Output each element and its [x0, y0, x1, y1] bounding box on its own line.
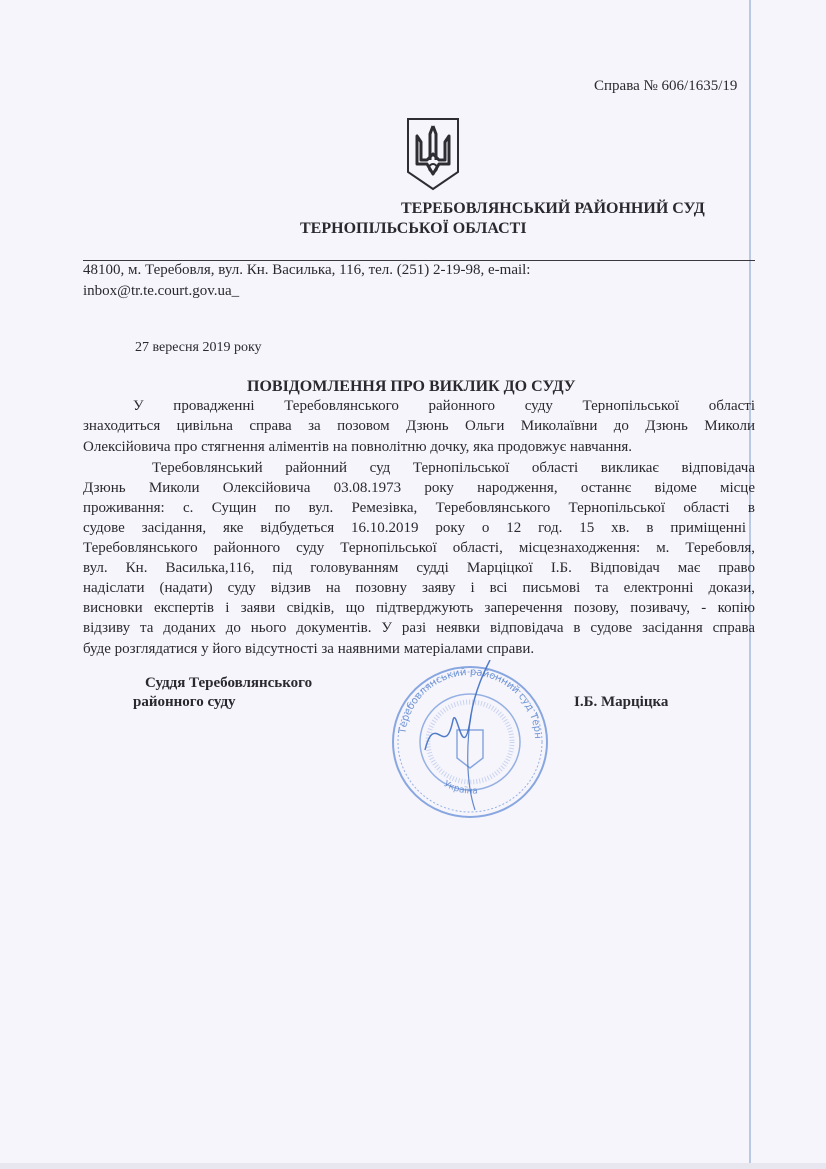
paragraph2-line: судове засідання, яке відбудеться 16.10.…: [83, 520, 746, 539]
court-name-line2: ТЕРНОПІЛЬСЬКОЇ ОБЛАСТІ: [300, 220, 527, 238]
paragraph2-line: Теребовлянського районного суду Тернопіл…: [83, 540, 755, 559]
paragraph1-line: Олексійовича про стягнення аліментів на …: [83, 438, 632, 457]
signature-label-line2: районного суду: [133, 694, 236, 711]
paragraph2-line: висновки експертів і заяви свідків, що п…: [83, 600, 755, 619]
paragraph2-line: вул. Кн. Василька,116, під головуванням …: [83, 560, 755, 579]
paragraph2-line: проживання: с. Сущин по вул. Ремезівка, …: [83, 500, 755, 519]
paragraph2-line: Дзюнь Миколи Олексійовича 03.08.1973 рок…: [83, 480, 755, 499]
court-stamp-icon: Теребовлянський районний суд Тернопільсь…: [375, 660, 565, 820]
document-page: Справа № 606/1635/19 ТЕРЕБОВЛЯНСЬКИЙ РАЙ…: [0, 0, 826, 1169]
paragraph2-line: надіслати (надати) суду відзив на позовн…: [83, 580, 755, 599]
header-divider: [83, 260, 755, 261]
signature-label-line1: Суддя Теребовлянського: [145, 675, 312, 692]
paragraph2-line: Теребовлянський районний суд Тернопільсь…: [152, 460, 755, 479]
coat-of-arms-icon: [405, 116, 461, 192]
paragraph2-line: буде розглядатися у його відсутності за …: [83, 640, 534, 659]
court-address: 48100, м. Теребовля, вул. Кн. Василька, …: [83, 262, 530, 279]
paragraph2-line: відзиву та доданих до нього документів. …: [83, 620, 755, 639]
document-title: ПОВІДОМЛЕННЯ ПРО ВИКЛИК ДО СУДУ: [247, 378, 576, 396]
judge-name: І.Б. Марціцка: [574, 694, 668, 711]
svg-text:Україна: Україна: [442, 779, 478, 796]
case-number: Справа № 606/1635/19: [594, 78, 737, 95]
scan-bottom-edge: [0, 1163, 826, 1169]
paragraph1-line: У провадженні Теребовлянського районного…: [133, 398, 755, 417]
court-name-line1: ТЕРЕБОВЛЯНСЬКИЙ РАЙОННИЙ СУД: [401, 200, 705, 218]
document-date: 27 вересня 2019 року: [135, 340, 262, 356]
paragraph1-line: знаходиться цивільна справа за позовом Д…: [83, 418, 755, 437]
court-email: inbox@tr.te.court.gov.ua_: [83, 283, 239, 300]
